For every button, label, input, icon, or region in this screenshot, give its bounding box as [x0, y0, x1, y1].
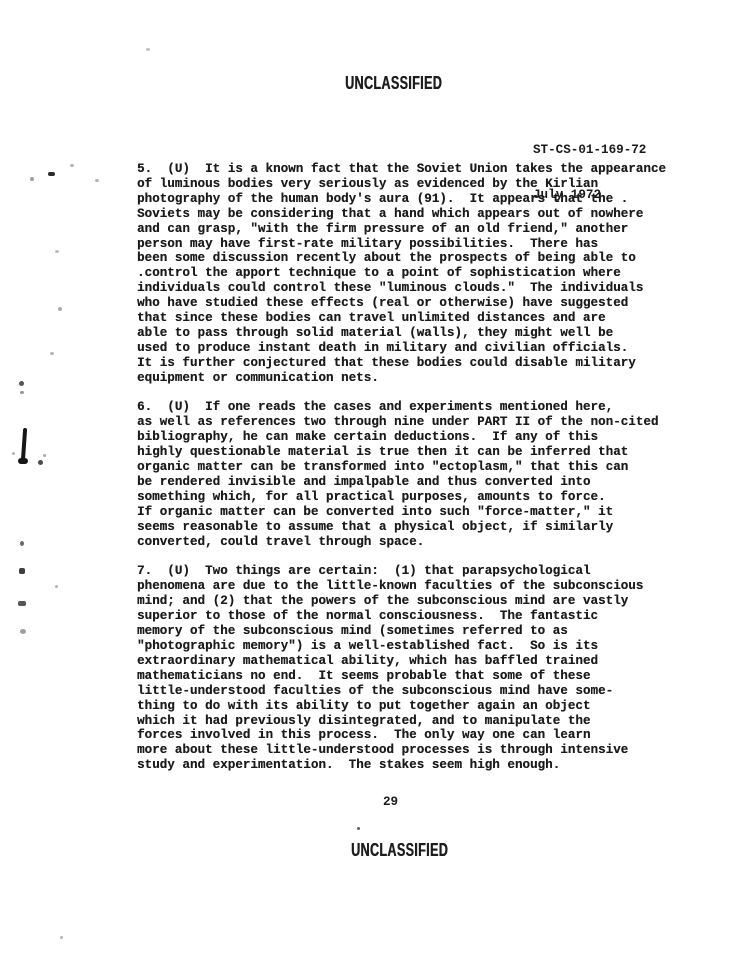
- page-number: 29: [383, 795, 398, 809]
- ink-speck: [18, 601, 26, 606]
- paragraph-7: 7. (U) Two things are certain: (1) that …: [137, 564, 682, 773]
- ink-speck: [38, 460, 43, 465]
- paragraph-6: 6. (U) If one reads the cases and experi…: [137, 400, 682, 549]
- ink-speck: [50, 352, 54, 355]
- ink-speck: [20, 391, 24, 394]
- ink-speck: [95, 179, 99, 182]
- doc-reference-number: ST-CS-01-169-72: [533, 143, 646, 158]
- ink-speck: [60, 936, 63, 939]
- ink-speck: [70, 164, 74, 167]
- document-body: 5. (U) It is a known fact that the Sovie…: [137, 162, 682, 773]
- ink-speck: [58, 307, 62, 311]
- ink-speck: [20, 541, 24, 546]
- ink-speck: [55, 250, 59, 253]
- classification-stamp-top: UNCLASSIFIED: [345, 72, 442, 94]
- ink-speck: [19, 568, 25, 574]
- ink-speck: [357, 827, 360, 830]
- paragraph-5: 5. (U) It is a known fact that the Sovie…: [137, 162, 682, 386]
- margin-pen-stroke: [21, 428, 27, 462]
- ink-speck: [55, 585, 58, 588]
- margin-pen-stroke-blob: [18, 458, 28, 464]
- ink-speck: [20, 629, 26, 634]
- ink-speck: [12, 452, 15, 455]
- ink-speck: [146, 48, 150, 51]
- ink-speck: [19, 381, 24, 386]
- ink-speck: [43, 454, 46, 457]
- scanned-document-page: UNCLASSIFIED ST-CS-01-169-72 July 1972 5…: [0, 0, 750, 972]
- classification-stamp-bottom: UNCLASSIFIED: [351, 839, 448, 861]
- ink-speck: [30, 177, 34, 181]
- ink-speck: [48, 172, 55, 176]
